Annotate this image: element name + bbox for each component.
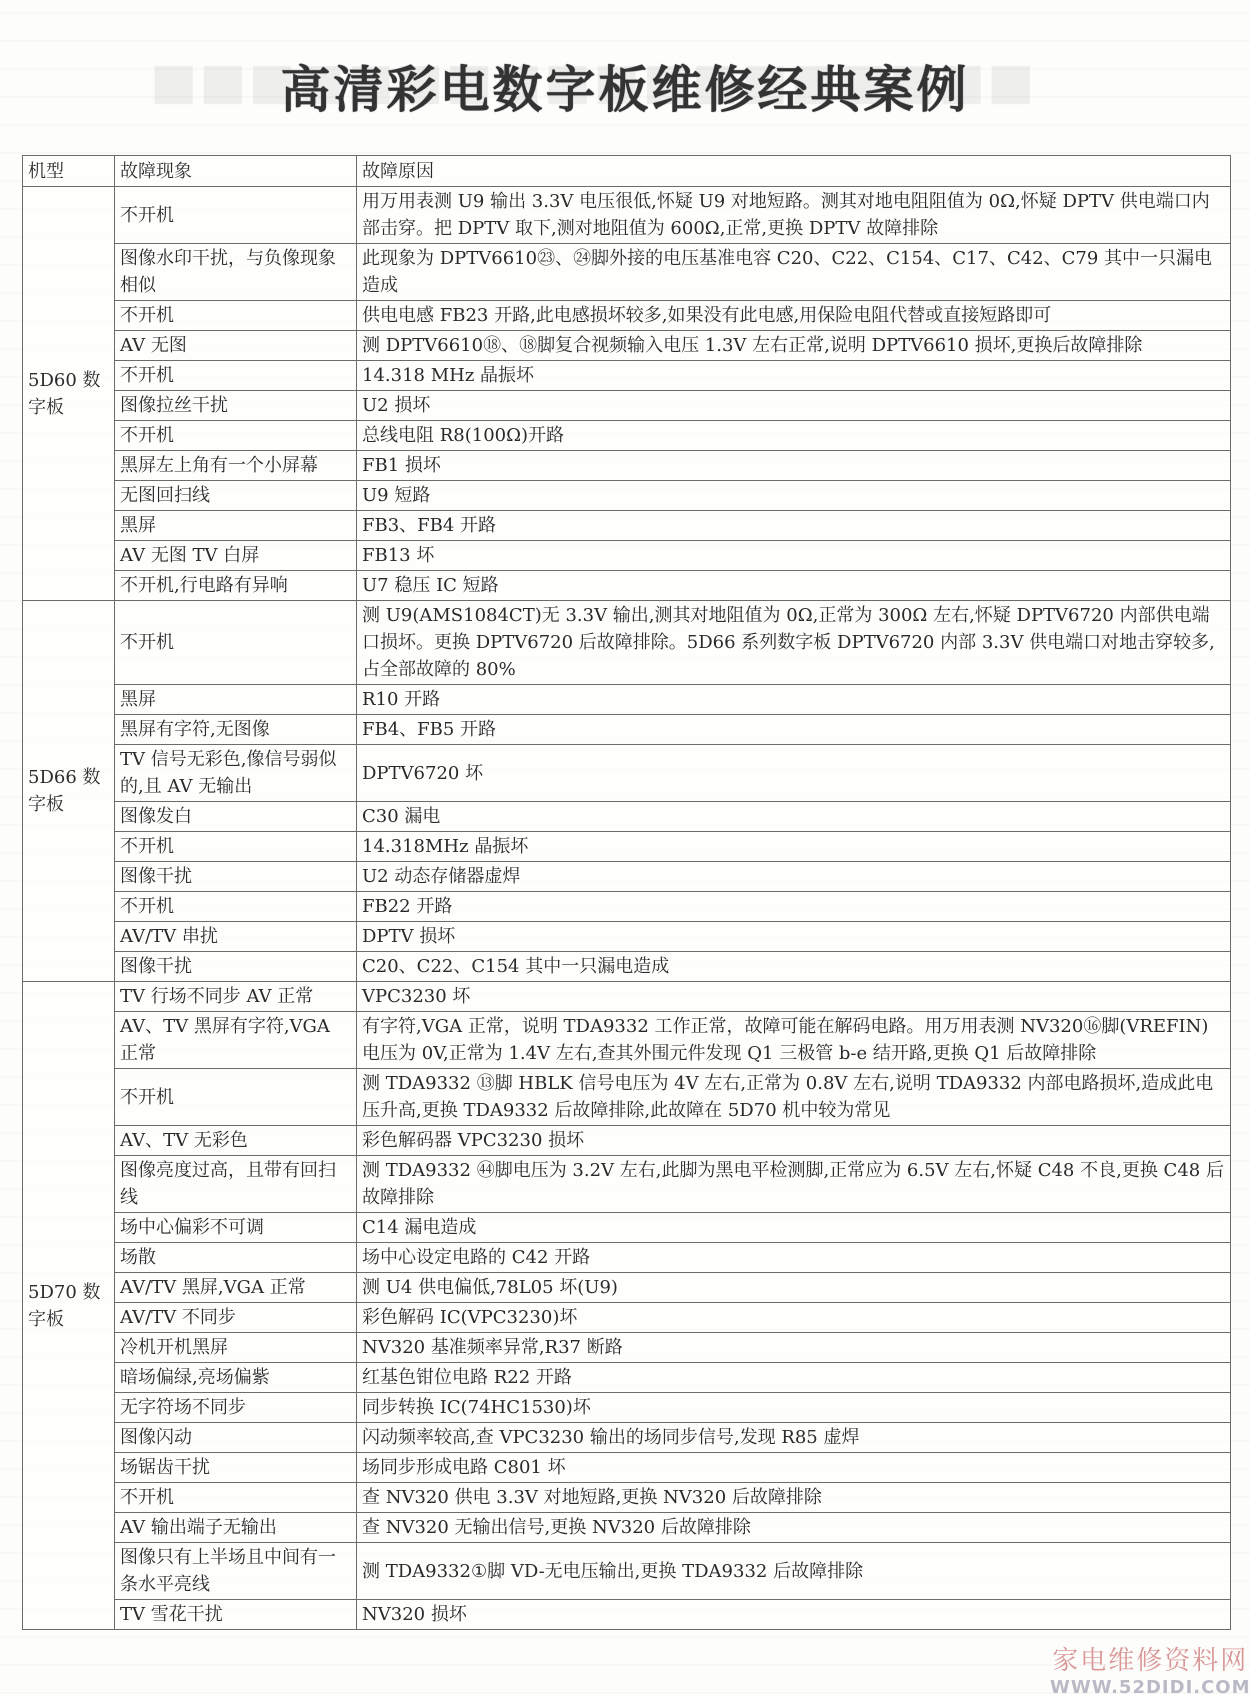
table-row: AV、TV 黑屏有字符,VGA 正常有字符,VGA 正常，说明 TDA9332 … [23, 1012, 1231, 1069]
table-row: 图像发白C30 漏电 [23, 802, 1231, 832]
cause-cell: 总线电阻 R8(100Ω)开路 [357, 421, 1231, 451]
cause-cell: FB3、FB4 开路 [357, 511, 1231, 541]
cause-cell: 有字符,VGA 正常，说明 TDA9332 工作正常，故障可能在解码电路。用万用… [357, 1012, 1231, 1069]
cause-cell: 用万用表测 U9 输出 3.3V 电压很低,怀疑 U9 对地短路。测其对地电阻阻… [357, 187, 1231, 244]
table-row: 图像闪动闪动频率较高,查 VPC3230 输出的场同步信号,发现 R85 虚焊 [23, 1423, 1231, 1453]
header-symptom: 故障现象 [115, 156, 357, 187]
cause-cell: FB13 坏 [357, 541, 1231, 571]
table-row: 不开机14.318 MHz 晶振坏 [23, 361, 1231, 391]
symptom-cell: 不开机 [115, 421, 357, 451]
table-row: 无图回扫线U9 短路 [23, 481, 1231, 511]
table-row: 图像水印干扰，与负像现象相似此现象为 DPTV6610㉓、㉔脚外接的电压基准电容… [23, 244, 1231, 301]
cause-cell: U9 短路 [357, 481, 1231, 511]
table-body: 5D60 数字板不开机用万用表测 U9 输出 3.3V 电压很低,怀疑 U9 对… [23, 187, 1231, 1630]
page-title: 高清彩电数字板维修经典案例 [0, 50, 1250, 122]
table-row: 暗场偏绿,亮场偏紫红基色钳位电路 R22 开路 [23, 1363, 1231, 1393]
symptom-cell: 图像闪动 [115, 1423, 357, 1453]
cause-cell: 供电电感 FB23 开路,此电感损坏较多,如果没有此电感,用保险电阻代替或直接短… [357, 301, 1231, 331]
cause-cell: 测 DPTV6610⑱、⑱脚复合视频输入电压 1.3V 左右正常,说明 DPTV… [357, 331, 1231, 361]
table-row: 图像拉丝干扰U2 损坏 [23, 391, 1231, 421]
cause-cell: 查 NV320 无输出信号,更换 NV320 后故障排除 [357, 1513, 1231, 1543]
cause-cell: U2 动态存储器虚焊 [357, 862, 1231, 892]
cause-cell: FB1 损坏 [357, 451, 1231, 481]
watermark-text: 家电维修资料网 [1050, 1640, 1250, 1677]
cause-cell: 测 TDA9332 ㊹脚电压为 3.2V 左右,此脚为黑电平检测脚,正常应为 6… [357, 1156, 1231, 1213]
table-row: 场锯齿干扰场同步形成电路 C801 坏 [23, 1453, 1231, 1483]
cause-cell: U2 损坏 [357, 391, 1231, 421]
table-row: 无字符场不同步同步转换 IC(74HC1530)坏 [23, 1393, 1231, 1423]
symptom-cell: 图像只有上半场且中间有一条水平亮线 [115, 1543, 357, 1600]
cause-cell: 此现象为 DPTV6610㉓、㉔脚外接的电压基准电容 C20、C22、C154、… [357, 244, 1231, 301]
symptom-cell: AV 输出端子无输出 [115, 1513, 357, 1543]
table-row: 5D60 数字板不开机用万用表测 U9 输出 3.3V 电压很低,怀疑 U9 对… [23, 187, 1231, 244]
symptom-cell: 图像干扰 [115, 952, 357, 982]
symptom-cell: 黑屏有字符,无图像 [115, 715, 357, 745]
symptom-cell: 图像发白 [115, 802, 357, 832]
symptom-cell: 无图回扫线 [115, 481, 357, 511]
symptom-cell: AV、TV 黑屏有字符,VGA 正常 [115, 1012, 357, 1069]
cause-cell: 同步转换 IC(74HC1530)坏 [357, 1393, 1231, 1423]
cause-cell: R10 开路 [357, 685, 1231, 715]
table-header-row: 机型 故障现象 故障原因 [23, 156, 1231, 187]
cause-cell: NV320 基准频率异常,R37 断路 [357, 1333, 1231, 1363]
cause-cell: 红基色钳位电路 R22 开路 [357, 1363, 1231, 1393]
table-row: AV 输出端子无输出查 NV320 无输出信号,更换 NV320 后故障排除 [23, 1513, 1231, 1543]
table-row: 冷机开机黑屏NV320 基准频率异常,R37 断路 [23, 1333, 1231, 1363]
symptom-cell: TV 信号无彩色,像信号弱似的,且 AV 无输出 [115, 745, 357, 802]
header-cause: 故障原因 [357, 156, 1231, 187]
symptom-cell: 场中心偏彩不可调 [115, 1213, 357, 1243]
table-row: 不开机供电电感 FB23 开路,此电感损坏较多,如果没有此电感,用保险电阻代替或… [23, 301, 1231, 331]
table-row: AV 无图测 DPTV6610⑱、⑱脚复合视频输入电压 1.3V 左右正常,说明… [23, 331, 1231, 361]
cause-cell: 测 U9(AMS1084CT)无 3.3V 输出,测其对地阻值为 0Ω,正常为 … [357, 601, 1231, 685]
symptom-cell: TV 雪花干扰 [115, 1600, 357, 1630]
cause-cell: 14.318MHz 晶振坏 [357, 832, 1231, 862]
cause-cell: DPTV 损坏 [357, 922, 1231, 952]
table-row: 不开机测 TDA9332 ⑬脚 HBLK 信号电压为 4V 左右,正常为 0.8… [23, 1069, 1231, 1126]
cause-cell: 彩色解码 IC(VPC3230)坏 [357, 1303, 1231, 1333]
table-row: 黑屏有字符,无图像FB4、FB5 开路 [23, 715, 1231, 745]
symptom-cell: 不开机 [115, 361, 357, 391]
symptom-cell: 不开机 [115, 187, 357, 244]
model-cell: 5D66 数字板 [23, 601, 115, 982]
table-row: TV 信号无彩色,像信号弱似的,且 AV 无输出DPTV6720 坏 [23, 745, 1231, 802]
symptom-cell: AV/TV 串扰 [115, 922, 357, 952]
symptom-cell: TV 行场不同步 AV 正常 [115, 982, 357, 1012]
symptom-cell: 黑屏 [115, 511, 357, 541]
table-row: 黑屏R10 开路 [23, 685, 1231, 715]
table-row: 场中心偏彩不可调C14 漏电造成 [23, 1213, 1231, 1243]
symptom-cell: 场锯齿干扰 [115, 1453, 357, 1483]
table-row: AV 无图 TV 白屏FB13 坏 [23, 541, 1231, 571]
cause-cell: C14 漏电造成 [357, 1213, 1231, 1243]
symptom-cell: 黑屏左上角有一个小屏幕 [115, 451, 357, 481]
symptom-cell: 冷机开机黑屏 [115, 1333, 357, 1363]
watermark-url: WWW.52DIDI.COM [1050, 1677, 1250, 1694]
symptom-cell: AV 无图 TV 白屏 [115, 541, 357, 571]
model-cell: 5D60 数字板 [23, 187, 115, 601]
table-row: 黑屏左上角有一个小屏幕FB1 损坏 [23, 451, 1231, 481]
symptom-cell: 不开机 [115, 301, 357, 331]
cause-cell: 场同步形成电路 C801 坏 [357, 1453, 1231, 1483]
cause-cell: 查 NV320 供电 3.3V 对地短路,更换 NV320 后故障排除 [357, 1483, 1231, 1513]
symptom-cell: 不开机 [115, 601, 357, 685]
symptom-cell: 图像干扰 [115, 862, 357, 892]
cause-cell: 闪动频率较高,查 VPC3230 输出的场同步信号,发现 R85 虚焊 [357, 1423, 1231, 1453]
cause-cell: 测 TDA9332①脚 VD-无电压输出,更换 TDA9332 后故障排除 [357, 1543, 1231, 1600]
symptom-cell: 不开机 [115, 832, 357, 862]
symptom-cell: 不开机,行电路有异响 [115, 571, 357, 601]
symptom-cell: 黑屏 [115, 685, 357, 715]
table-row: AV/TV 串扰DPTV 损坏 [23, 922, 1231, 952]
model-cell: 5D70 数字板 [23, 982, 115, 1630]
cause-cell: 测 TDA9332 ⑬脚 HBLK 信号电压为 4V 左右,正常为 0.8V 左… [357, 1069, 1231, 1126]
repair-cases-table: 机型 故障现象 故障原因 5D60 数字板不开机用万用表测 U9 输出 3.3V… [22, 155, 1231, 1630]
header-model: 机型 [23, 156, 115, 187]
symptom-cell: 图像亮度过高，且带有回扫线 [115, 1156, 357, 1213]
symptom-cell: 不开机 [115, 1069, 357, 1126]
symptom-cell: 不开机 [115, 1483, 357, 1513]
table-row: 黑屏FB3、FB4 开路 [23, 511, 1231, 541]
cause-cell: DPTV6720 坏 [357, 745, 1231, 802]
cause-cell: FB4、FB5 开路 [357, 715, 1231, 745]
symptom-cell: 图像拉丝干扰 [115, 391, 357, 421]
table-row: 不开机查 NV320 供电 3.3V 对地短路,更换 NV320 后故障排除 [23, 1483, 1231, 1513]
symptom-cell: 不开机 [115, 892, 357, 922]
cause-cell: FB22 开路 [357, 892, 1231, 922]
watermark: 家电维修资料网 WWW.52DIDI.COM [1050, 1640, 1250, 1694]
symptom-cell: AV 无图 [115, 331, 357, 361]
cause-cell: VPC3230 坏 [357, 982, 1231, 1012]
symptom-cell: AV/TV 黑屏,VGA 正常 [115, 1273, 357, 1303]
cause-cell: C30 漏电 [357, 802, 1231, 832]
table-row: AV、TV 无彩色彩色解码器 VPC3230 损坏 [23, 1126, 1231, 1156]
symptom-cell: AV、TV 无彩色 [115, 1126, 357, 1156]
table-row: 不开机总线电阻 R8(100Ω)开路 [23, 421, 1231, 451]
table-row: AV/TV 不同步彩色解码 IC(VPC3230)坏 [23, 1303, 1231, 1333]
table-row: 图像亮度过高，且带有回扫线测 TDA9332 ㊹脚电压为 3.2V 左右,此脚为… [23, 1156, 1231, 1213]
table-row: 不开机14.318MHz 晶振坏 [23, 832, 1231, 862]
table-row: 不开机,行电路有异响U7 稳压 IC 短路 [23, 571, 1231, 601]
table-row: 图像干扰C20、C22、C154 其中一只漏电造成 [23, 952, 1231, 982]
symptom-cell: 暗场偏绿,亮场偏紫 [115, 1363, 357, 1393]
cause-cell: 测 U4 供电偏低,78L05 坏(U9) [357, 1273, 1231, 1303]
table-row: 不开机FB22 开路 [23, 892, 1231, 922]
symptom-cell: 场散 [115, 1243, 357, 1273]
symptom-cell: 无字符场不同步 [115, 1393, 357, 1423]
cause-cell: U7 稳压 IC 短路 [357, 571, 1231, 601]
table-row: 图像干扰U2 动态存储器虚焊 [23, 862, 1231, 892]
cause-cell: NV320 损坏 [357, 1600, 1231, 1630]
cause-cell: 彩色解码器 VPC3230 损坏 [357, 1126, 1231, 1156]
symptom-cell: AV/TV 不同步 [115, 1303, 357, 1333]
table-row: 场散场中心设定电路的 C42 开路 [23, 1243, 1231, 1273]
cause-cell: 场中心设定电路的 C42 开路 [357, 1243, 1231, 1273]
table-row: AV/TV 黑屏,VGA 正常测 U4 供电偏低,78L05 坏(U9) [23, 1273, 1231, 1303]
cause-cell: C20、C22、C154 其中一只漏电造成 [357, 952, 1231, 982]
table-row: 5D66 数字板不开机测 U9(AMS1084CT)无 3.3V 输出,测其对地… [23, 601, 1231, 685]
cause-cell: 14.318 MHz 晶振坏 [357, 361, 1231, 391]
table-row: TV 雪花干扰NV320 损坏 [23, 1600, 1231, 1630]
symptom-cell: 图像水印干扰，与负像现象相似 [115, 244, 357, 301]
table-row: 5D70 数字板TV 行场不同步 AV 正常VPC3230 坏 [23, 982, 1231, 1012]
table-row: 图像只有上半场且中间有一条水平亮线测 TDA9332①脚 VD-无电压输出,更换… [23, 1543, 1231, 1600]
